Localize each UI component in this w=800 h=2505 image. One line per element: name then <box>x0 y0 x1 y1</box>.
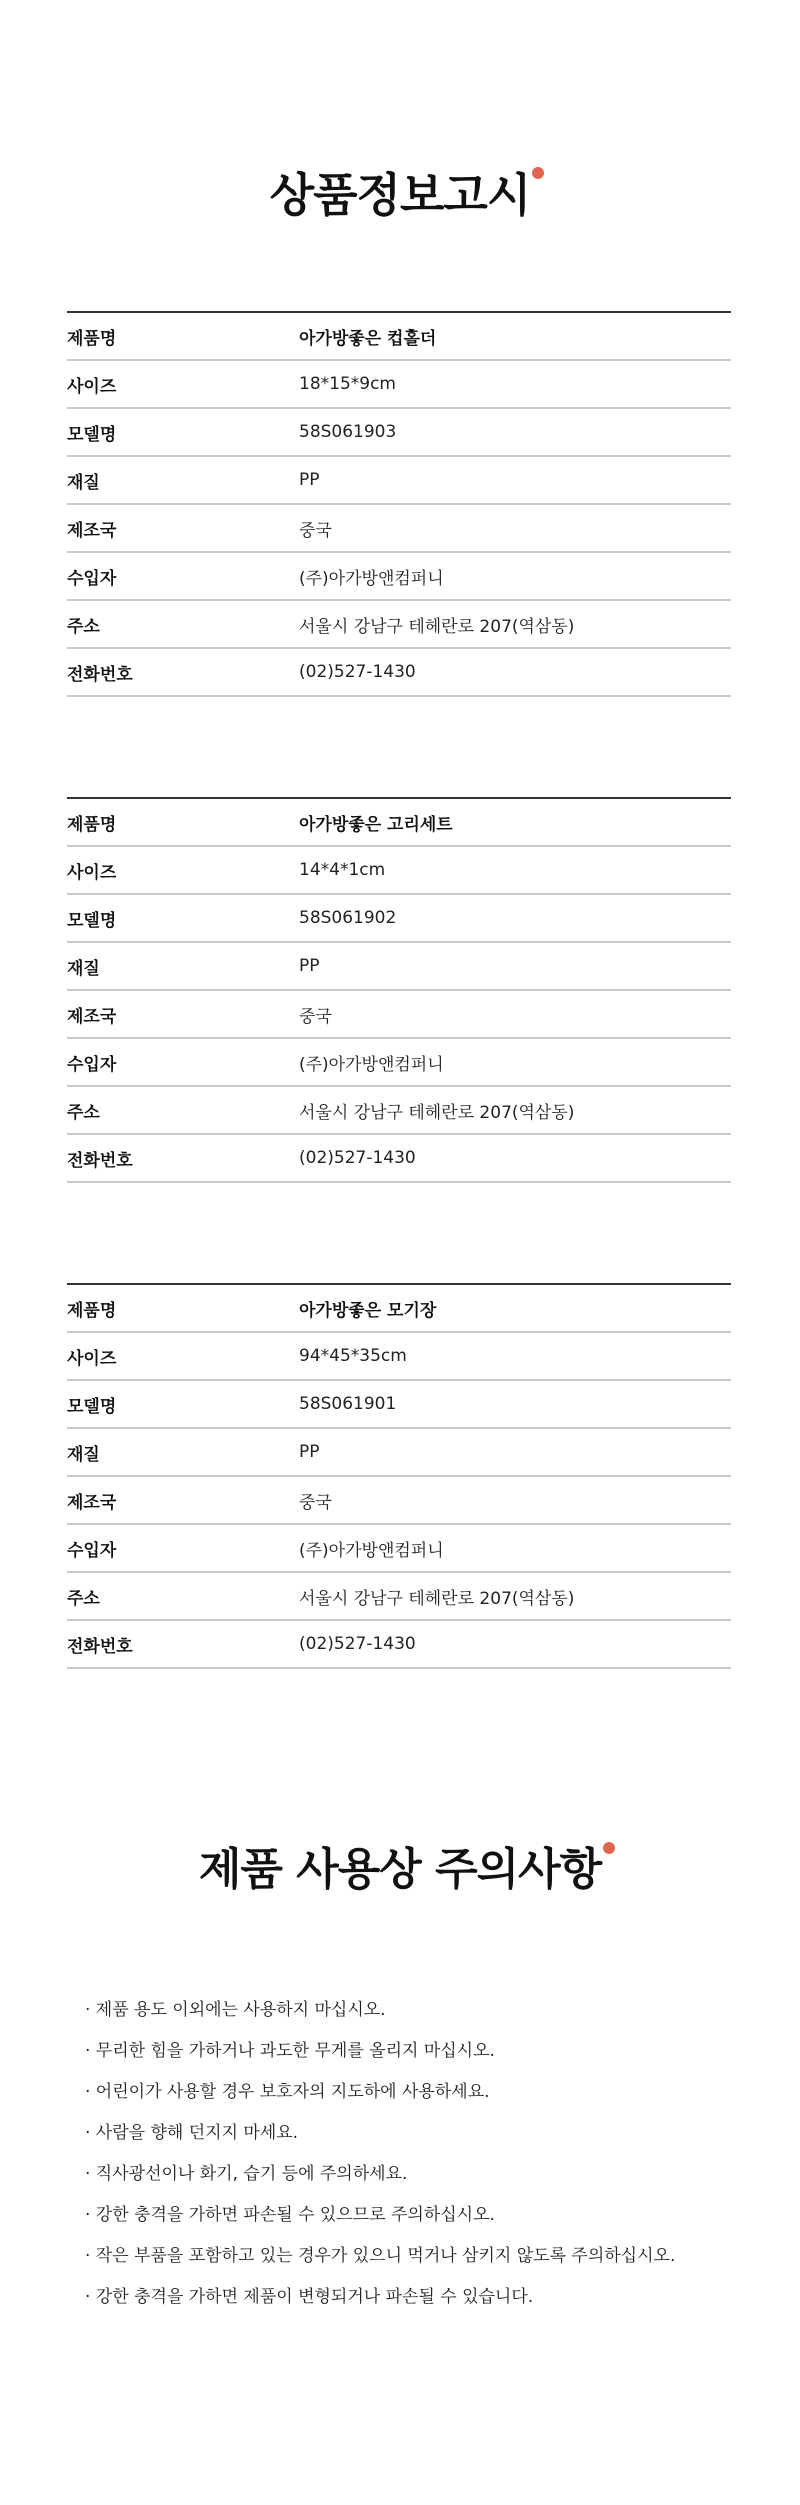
table-row: 전화번호(02)527-1430 <box>67 649 731 697</box>
row-label: 제품명 <box>67 324 299 349</box>
product-info-table: 제품명아가방좋은 모기장사이즈94*45*35cm모델명58S061901재질P… <box>67 1283 731 1669</box>
table-row: 수입자(주)아가방앤컴퍼니 <box>67 1525 731 1573</box>
row-label: 수입자 <box>67 564 299 589</box>
row-value: PP <box>299 1442 320 1462</box>
row-label: 주소 <box>67 1584 299 1609</box>
row-label: 재질 <box>67 1440 299 1465</box>
row-label: 모델명 <box>67 906 299 931</box>
row-label: 사이즈 <box>67 372 299 397</box>
product-info-title: 상품정보고시 <box>270 165 531 225</box>
caution-item: · 어린이가 사용할 경우 보호자의 지도하에 사용하세요. <box>85 2072 675 2113</box>
table-row: 사이즈94*45*35cm <box>67 1333 731 1381</box>
row-label: 제조국 <box>67 1002 299 1027</box>
table-row: 제조국중국 <box>67 1477 731 1525</box>
row-value: (주)아가방앤컴퍼니 <box>299 1050 444 1075</box>
caution-header: 제품 사용상 주의사항 <box>0 1840 800 1900</box>
row-value: PP <box>299 956 320 976</box>
caution-list: · 제품 용도 이외에는 사용하지 마십시오.· 무리한 힘을 가하거나 과도한… <box>85 1990 675 2318</box>
product-info-table: 제품명아가방좋은 고리세트사이즈14*4*1cm모델명58S061902재질PP… <box>67 797 731 1183</box>
table-row: 수입자(주)아가방앤컴퍼니 <box>67 1039 731 1087</box>
product-info-table: 제품명아가방좋은 컵홀더사이즈18*15*9cm모델명58S061903재질PP… <box>67 311 731 697</box>
table-row: 제조국중국 <box>67 991 731 1039</box>
caution-item: · 무리한 힘을 가하거나 과도한 무게를 올리지 마십시오. <box>85 2031 675 2072</box>
table-row: 재질PP <box>67 457 731 505</box>
caution-title: 제품 사용상 주의사항 <box>199 1840 601 1900</box>
row-label: 재질 <box>67 954 299 979</box>
row-label: 전화번호 <box>67 1146 299 1171</box>
row-value: PP <box>299 470 320 490</box>
row-label: 전화번호 <box>67 1632 299 1657</box>
row-label: 수입자 <box>67 1050 299 1075</box>
table-row: 제품명아가방좋은 컵홀더 <box>67 313 731 361</box>
row-value: 서울시 강남구 테헤란로 207(역삼동) <box>299 1098 574 1123</box>
caution-item: · 직사광선이나 화기, 습기 등에 주의하세요. <box>85 2154 675 2195</box>
row-label: 모델명 <box>67 1392 299 1417</box>
table-row: 모델명58S061901 <box>67 1381 731 1429</box>
row-label: 제조국 <box>67 516 299 541</box>
caution-item: · 사람을 향해 던지지 마세요. <box>85 2113 675 2154</box>
row-value: 중국 <box>299 1488 332 1513</box>
row-label: 주소 <box>67 612 299 637</box>
table-row: 사이즈18*15*9cm <box>67 361 731 409</box>
caution-item: · 작은 부품을 포함하고 있는 경우가 있으니 먹거나 삼키지 않도록 주의하… <box>85 2236 675 2277</box>
row-label: 재질 <box>67 468 299 493</box>
accent-dot-icon <box>532 167 544 179</box>
row-value: 아가방좋은 컵홀더 <box>299 324 436 349</box>
table-row: 제조국중국 <box>67 505 731 553</box>
table-row: 재질PP <box>67 1429 731 1477</box>
caution-title-text: 제품 사용상 주의사항 <box>199 1844 601 1895</box>
row-value: 18*15*9cm <box>299 374 396 394</box>
row-label: 수입자 <box>67 1536 299 1561</box>
row-label: 모델명 <box>67 420 299 445</box>
row-label: 사이즈 <box>67 1344 299 1369</box>
row-value: (02)527-1430 <box>299 662 416 682</box>
table-row: 재질PP <box>67 943 731 991</box>
row-value: 94*45*35cm <box>299 1346 407 1366</box>
caution-item: · 강한 충격을 가하면 파손될 수 있으므로 주의하십시오. <box>85 2195 675 2236</box>
row-value: 58S061902 <box>299 908 396 928</box>
table-row: 수입자(주)아가방앤컴퍼니 <box>67 553 731 601</box>
row-value: 서울시 강남구 테헤란로 207(역삼동) <box>299 1584 574 1609</box>
row-value: 아가방좋은 모기장 <box>299 1296 436 1321</box>
row-value: 서울시 강남구 테헤란로 207(역삼동) <box>299 612 574 637</box>
row-label: 제품명 <box>67 1296 299 1321</box>
table-row: 모델명58S061903 <box>67 409 731 457</box>
row-value: (02)527-1430 <box>299 1634 416 1654</box>
table-row: 주소서울시 강남구 테헤란로 207(역삼동) <box>67 1087 731 1135</box>
row-label: 제품명 <box>67 810 299 835</box>
row-value: (주)아가방앤컴퍼니 <box>299 1536 444 1561</box>
row-label: 제조국 <box>67 1488 299 1513</box>
product-info-title-text: 상품정보고시 <box>270 168 531 222</box>
row-value: 아가방좋은 고리세트 <box>299 810 453 835</box>
row-label: 주소 <box>67 1098 299 1123</box>
row-value: 14*4*1cm <box>299 860 385 880</box>
caution-item: · 강한 충격을 가하면 제품이 변형되거나 파손될 수 있습니다. <box>85 2277 675 2318</box>
row-label: 전화번호 <box>67 660 299 685</box>
row-value: (주)아가방앤컴퍼니 <box>299 564 444 589</box>
table-row: 전화번호(02)527-1430 <box>67 1135 731 1183</box>
row-label: 사이즈 <box>67 858 299 883</box>
row-value: 58S061901 <box>299 1394 396 1414</box>
table-row: 제품명아가방좋은 모기장 <box>67 1285 731 1333</box>
table-row: 주소서울시 강남구 테헤란로 207(역삼동) <box>67 1573 731 1621</box>
table-row: 제품명아가방좋은 고리세트 <box>67 799 731 847</box>
table-row: 전화번호(02)527-1430 <box>67 1621 731 1669</box>
row-value: 중국 <box>299 1002 332 1027</box>
table-row: 주소서울시 강남구 테헤란로 207(역삼동) <box>67 601 731 649</box>
row-value: 중국 <box>299 516 332 541</box>
product-info-header: 상품정보고시 <box>0 165 800 225</box>
caution-item: · 제품 용도 이외에는 사용하지 마십시오. <box>85 1990 675 2031</box>
row-value: (02)527-1430 <box>299 1148 416 1168</box>
table-row: 모델명58S061902 <box>67 895 731 943</box>
table-row: 사이즈14*4*1cm <box>67 847 731 895</box>
accent-dot-icon <box>603 1842 615 1854</box>
row-value: 58S061903 <box>299 422 396 442</box>
